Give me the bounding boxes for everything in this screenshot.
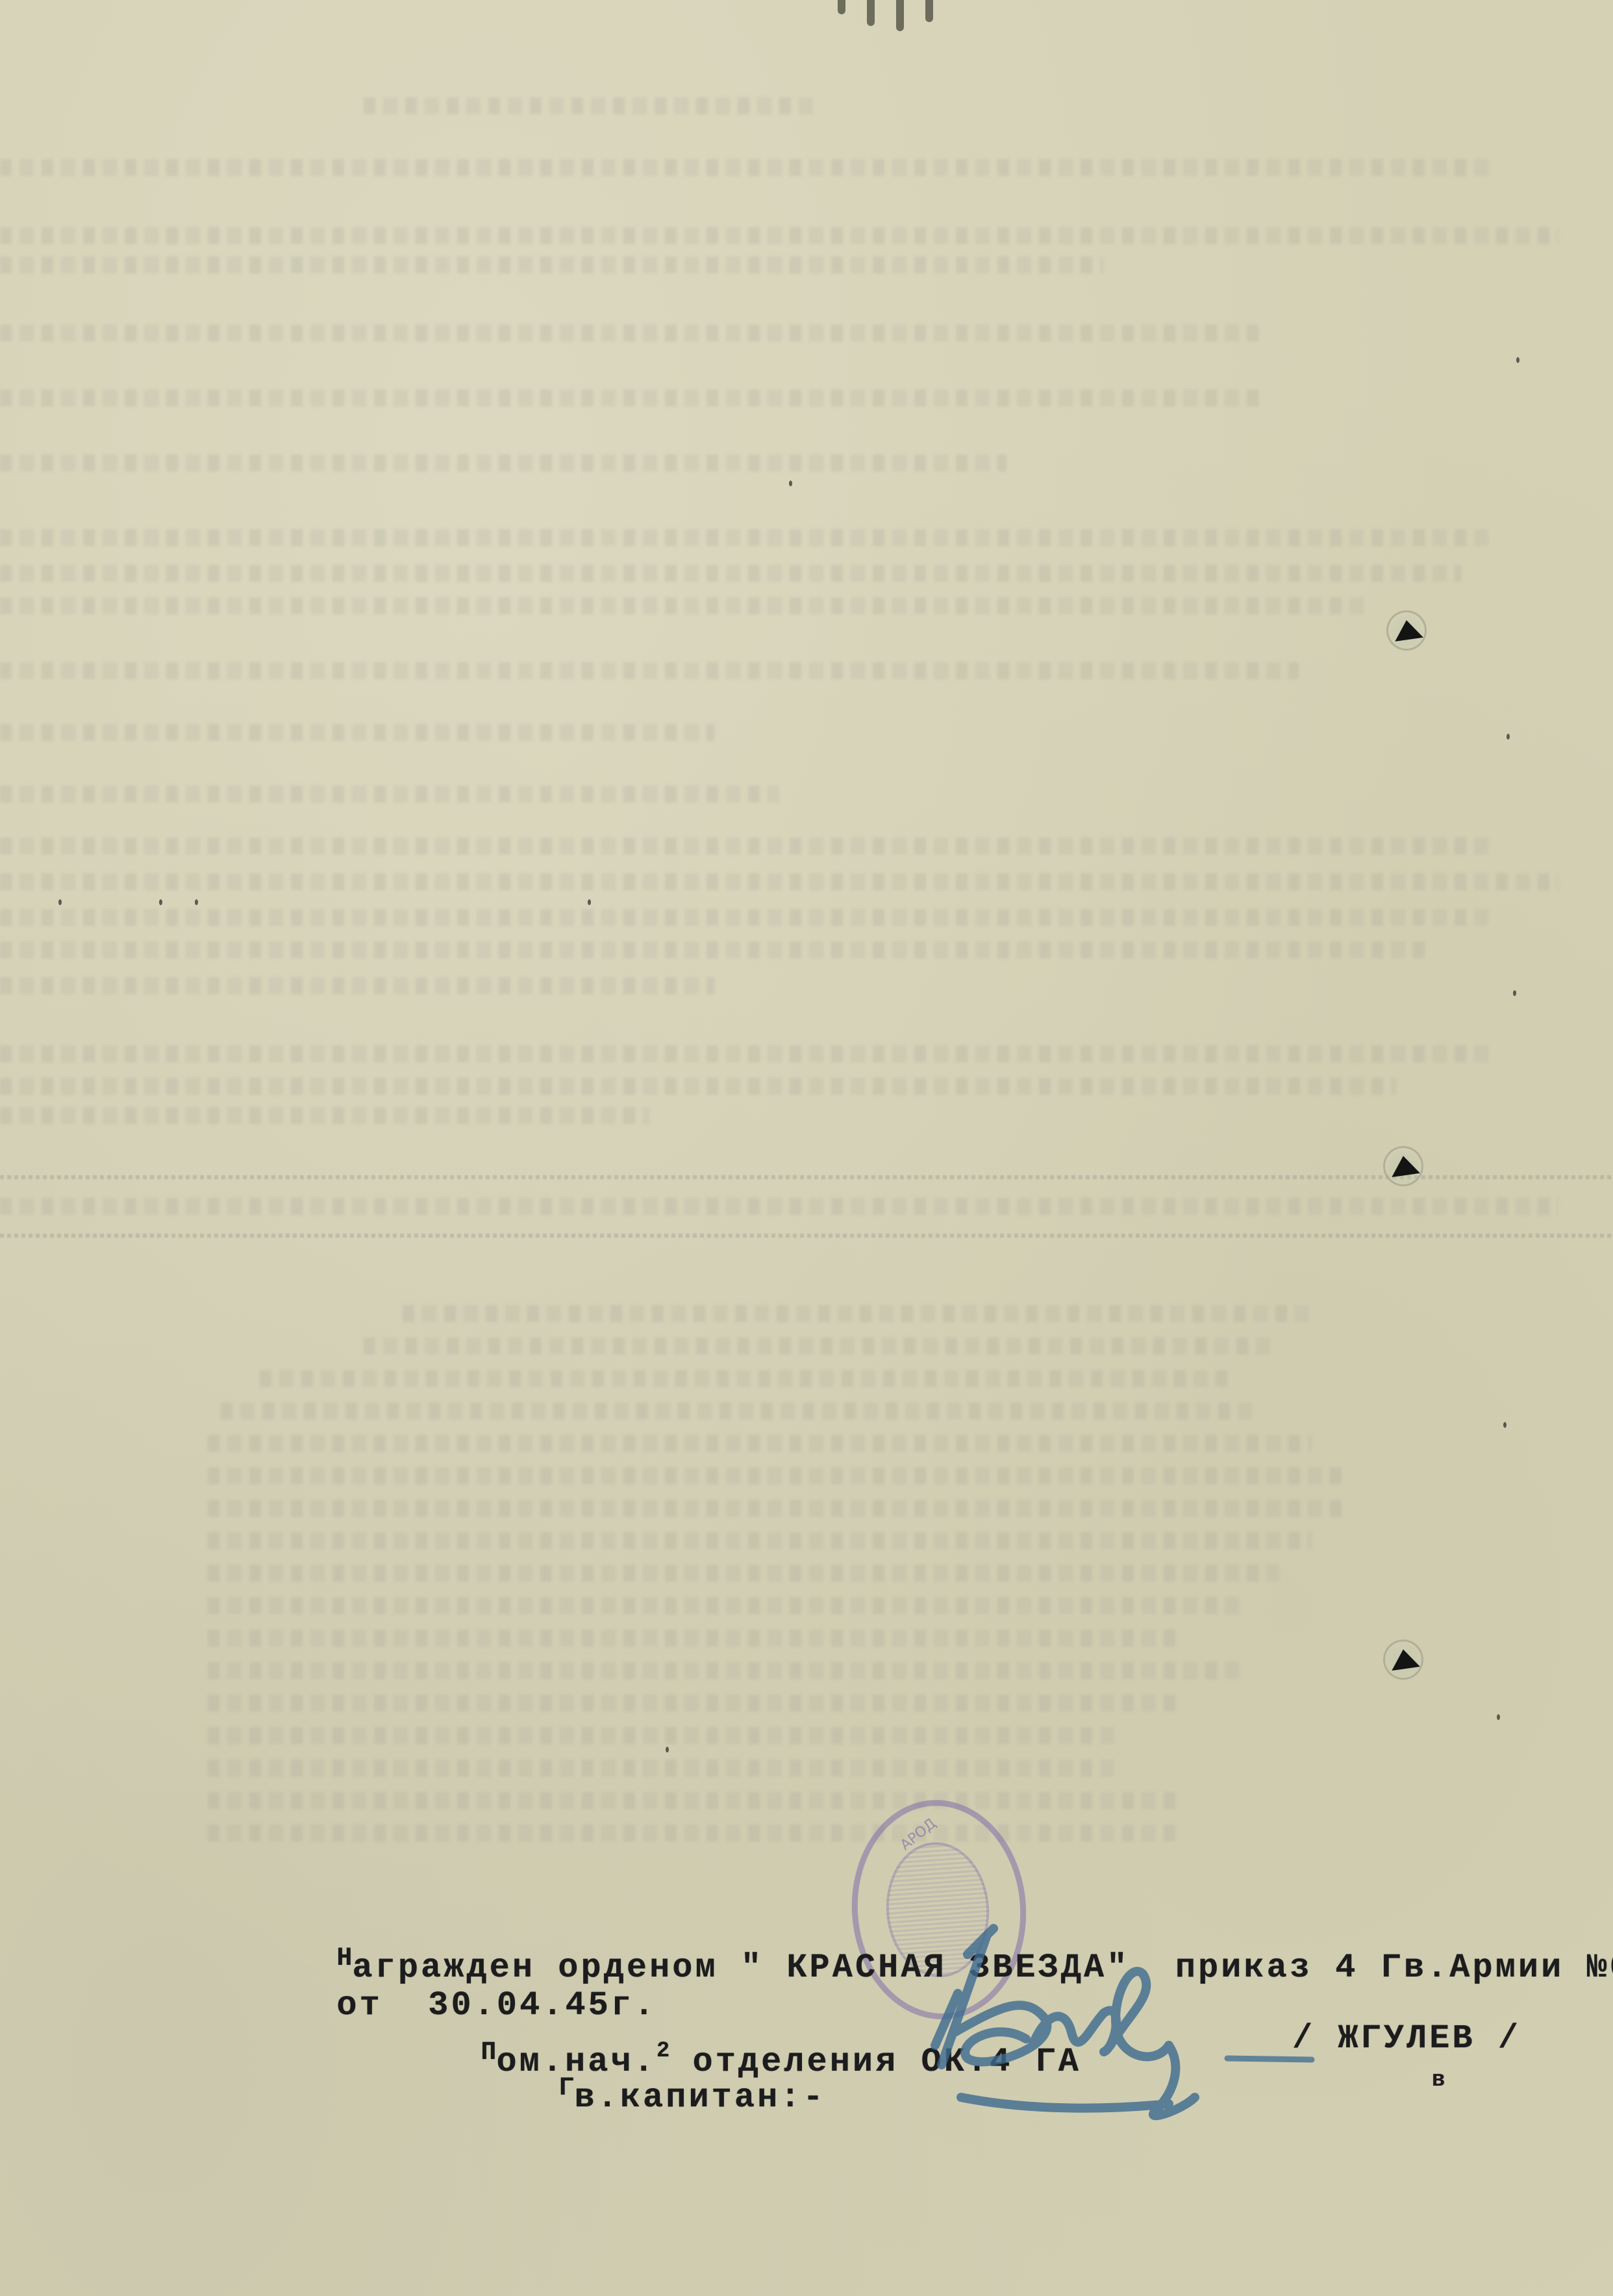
- speck: [1516, 357, 1519, 363]
- speck: [1497, 1714, 1500, 1720]
- speck: [1507, 734, 1510, 740]
- speck: [1513, 990, 1516, 996]
- speck: [195, 899, 198, 905]
- signer-mark: в: [1432, 2068, 1447, 2093]
- speck: [789, 480, 792, 486]
- torn-edge: [838, 0, 845, 14]
- handwritten-signature: [896, 1915, 1351, 2130]
- torn-edge: [867, 0, 875, 26]
- torn-edge: [896, 0, 904, 31]
- speck: [588, 899, 591, 905]
- speck: [1503, 1422, 1507, 1428]
- speck: [159, 899, 162, 905]
- speck: [666, 1747, 669, 1753]
- punch-hole: [1386, 610, 1427, 651]
- signer-rank-line: Гв.капитан:-: [513, 2036, 826, 2117]
- speck: [58, 899, 62, 905]
- torn-edge: [925, 0, 933, 22]
- punch-hole: [1383, 1640, 1423, 1680]
- punch-hole: [1383, 1146, 1423, 1186]
